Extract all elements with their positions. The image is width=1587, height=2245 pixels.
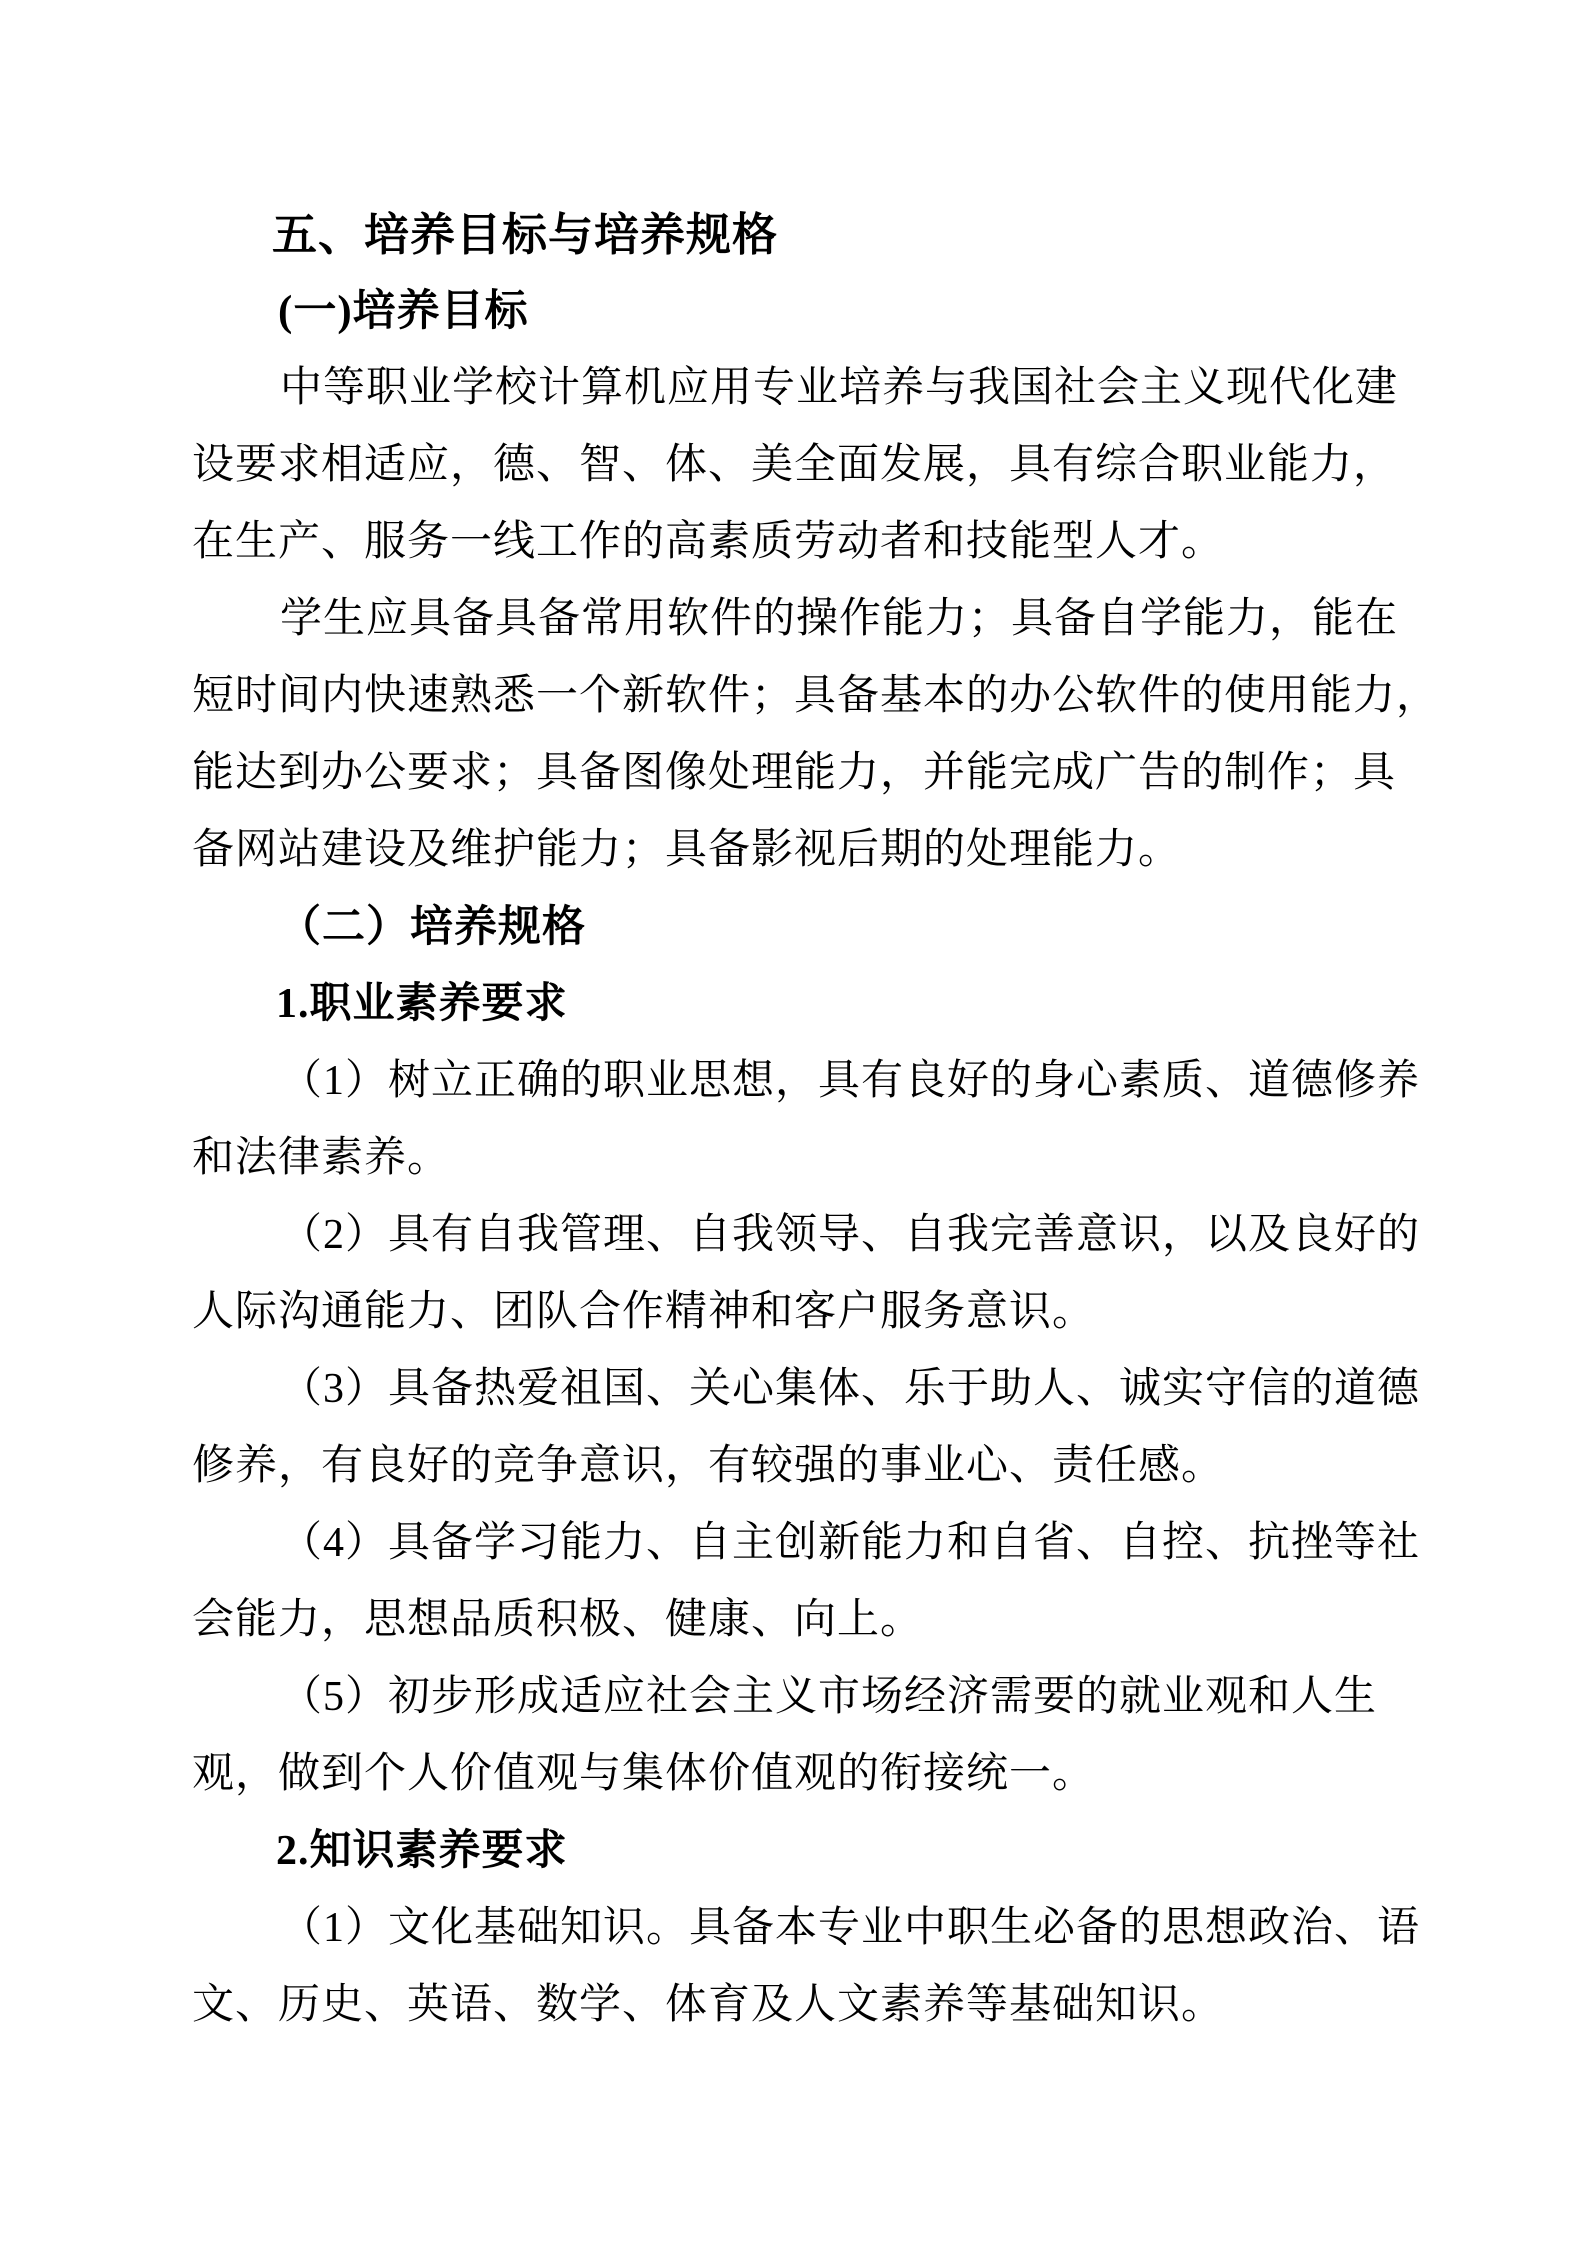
paragraph-line: 修养，有良好的竞争意识，有较强的事业心、责任感。 <box>192 1428 1462 1505</box>
paragraph-line: 设要求相适应，德、智、体、美全面发展，具有综合职业能力， <box>192 427 1462 504</box>
paragraph-line: 会能力，思想品质积极、健康、向上。 <box>192 1582 1462 1659</box>
paragraph-line: （2）具有自我管理、自我领导、自我完善意识，以及良好的 <box>192 1197 1462 1274</box>
paragraph-line: （4）具备学习能力、自主创新能力和自省、自控、抗挫等社 <box>192 1505 1462 1582</box>
subheading-knowledge-quality: 2.知识素养要求 <box>192 1813 1462 1890</box>
paragraph-line: 学生应具备具备常用软件的操作能力；具备自学能力，能在 <box>192 581 1462 658</box>
paragraph-line: 人际沟通能力、团队合作精神和客户服务意识。 <box>192 1274 1462 1351</box>
subheading-training-spec: （二）培养规格 <box>192 889 1462 966</box>
paragraph-line: （3）具备热爱祖国、关心集体、乐于助人、诚实守信的道德 <box>192 1351 1462 1428</box>
paragraph-line: （1）树立正确的职业思想，具有良好的身心素质、道德修养 <box>192 1043 1462 1120</box>
document-content: 五、培养目标与培养规格 (一)培养目标 中等职业学校计算机应用专业培养与我国社会… <box>192 196 1462 2044</box>
paragraph-line: 能达到办公要求；具备图像处理能力，并能完成广告的制作；具 <box>192 735 1462 812</box>
paragraph-line: 和法律素养。 <box>192 1120 1462 1197</box>
section-heading-main: 五、培养目标与培养规格 <box>192 196 1462 273</box>
paragraph-line: 备网站建设及维护能力；具备影视后期的处理能力。 <box>192 812 1462 889</box>
subheading-training-goal: (一)培养目标 <box>192 273 1462 350</box>
document-page: 五、培养目标与培养规格 (一)培养目标 中等职业学校计算机应用专业培养与我国社会… <box>0 0 1587 2245</box>
paragraph-line: 中等职业学校计算机应用专业培养与我国社会主义现代化建 <box>192 350 1462 427</box>
paragraph-line: 短时间内快速熟悉一个新软件；具备基本的办公软件的使用能力， <box>192 658 1462 735</box>
paragraph-line: 文、历史、英语、数学、体育及人文素养等基础知识。 <box>192 1967 1462 2044</box>
paragraph-line: （1）文化基础知识。具备本专业中职生必备的思想政治、语 <box>192 1890 1462 1967</box>
paragraph-line: 观，做到个人价值观与集体价值观的衔接统一。 <box>192 1736 1462 1813</box>
paragraph-line: 在生产、服务一线工作的高素质劳动者和技能型人才。 <box>192 504 1462 581</box>
subheading-professional-quality: 1.职业素养要求 <box>192 966 1462 1043</box>
paragraph-line: （5）初步形成适应社会主义市场经济需要的就业观和人生 <box>192 1659 1462 1736</box>
